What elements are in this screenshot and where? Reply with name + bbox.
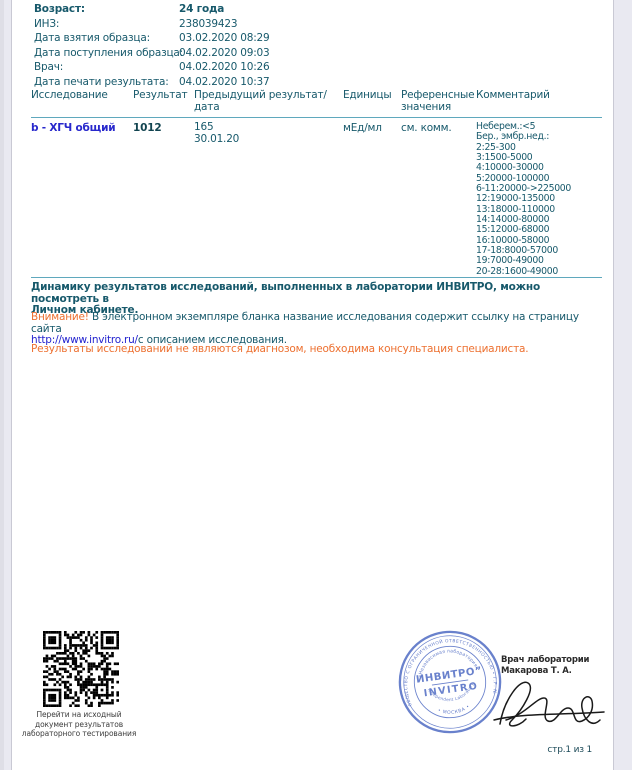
previous-result-date: 30.01.20 (194, 134, 343, 146)
header-row-print-date: Дата печати результата:04.02.2020 10:37 (34, 75, 270, 90)
header-row-inz: ИНЗ:238039423 (34, 17, 270, 32)
col-header-reference: Референсные значения (401, 90, 476, 113)
table-header-row: Исследование Результат Предыдущий резуль… (31, 90, 602, 118)
attention-notice: Внимание! В электронном экземпляре бланк… (31, 312, 607, 347)
svg-text:ОБЩЕСТВО С ОГРАНИЧЕННОЙ ОТВЕТС: ОБЩЕСТВО С ОГРАНИЧЕННОЙ ОТВЕТСТВЕННОСТЬЮ… (397, 631, 500, 707)
report-header: Возраст:24 года ИНЗ:238039423 Дата взяти… (34, 2, 270, 89)
inz-value: 238039423 (179, 18, 237, 30)
results-table: Исследование Результат Предыдущий резуль… (31, 90, 602, 278)
attention-text: В электронном экземпляре бланка название… (31, 311, 579, 335)
window-edge (0, 0, 4, 770)
doctor-signature (490, 668, 608, 742)
header-row-age: Возраст:24 года (34, 2, 270, 17)
page-number: стр.1 из 1 (492, 745, 592, 755)
list-line: лабораторного тестирования (12, 729, 146, 739)
print-date-label: Дата печати результата: (34, 75, 179, 90)
stamp-outer-circle (397, 629, 503, 735)
print-date-value: 04.02.2020 10:37 (179, 76, 270, 88)
reference-value: см. комм. (401, 122, 476, 277)
table-row: b - ХГЧ общий 1012 165 30.01.20 мЕд/мл с… (31, 118, 602, 278)
list-line: Перейти на исходный (12, 710, 146, 720)
header-row-doctor: Врач:04.02.2020 10:26 (34, 60, 270, 75)
previous-result-value: 165 (194, 122, 343, 134)
sample-received-label: Дата поступления образца: (34, 46, 179, 61)
doctor-value: 04.02.2020 10:26 (179, 61, 270, 73)
col-header-result: Результат (133, 90, 194, 113)
doctor-label: Врач: (34, 60, 179, 75)
attention-line-1: Внимание! В электронном экземпляре бланк… (31, 312, 607, 335)
stamp-outer-ring-text: ОБЩЕСТВО С ОГРАНИЧЕННОЙ ОТВЕТСТВЕННОСТЬЮ… (397, 631, 500, 707)
qr-code (43, 631, 119, 707)
dynamics-line-1: Динамику результатов исследований, выпол… (31, 282, 607, 305)
qr-caption: Перейти на исходныйдокумент результатовл… (12, 710, 146, 739)
age-value: 24 года (179, 3, 224, 15)
age-label: Возраст: (34, 2, 179, 17)
list-line: документ результатов (12, 720, 146, 730)
header-row-sample-received: Дата поступления образца:04.02.2020 09:0… (34, 46, 270, 61)
col-header-units: Единицы (343, 90, 401, 113)
sample-taken-label: Дата взятия образца: (34, 31, 179, 46)
lab-report-page: Возраст:24 года ИНЗ:238039423 Дата взяти… (11, 0, 614, 770)
stamp-city-text: • МОСКВА • (436, 704, 472, 718)
col-header-test: Исследование (31, 90, 133, 113)
comment-cell: Неберем.:<5Бер., эмбр.нед.:2:25-3003:150… (476, 122, 602, 277)
test-name-link[interactable]: b - ХГЧ общий (31, 122, 115, 134)
doctor-title: Врач лаборатории (501, 655, 589, 666)
units-value: мЕд/мл (343, 122, 401, 277)
sample-received-value: 04.02.2020 09:03 (179, 47, 270, 59)
stamp-mid-circle (398, 630, 502, 734)
inz-label: ИНЗ: (34, 17, 179, 32)
previous-result-cell: 165 30.01.20 (194, 122, 343, 277)
sample-taken-value: 03.02.2020 08:29 (179, 32, 270, 44)
col-header-previous: Предыдущий результат/дата (194, 90, 343, 113)
invitro-stamp: ОБЩЕСТВО С ОГРАНИЧЕННОЙ ОТВЕТСТВЕННОСТЬЮ… (397, 629, 503, 735)
col-header-comment: Комментарий (476, 90, 602, 113)
attention-label: Внимание! (31, 311, 89, 323)
header-row-sample-taken: Дата взятия образца:03.02.2020 08:29 (34, 31, 270, 46)
result-value: 1012 (133, 122, 194, 277)
svg-text:• МОСКВА •: • МОСКВА • (436, 704, 472, 718)
disclaimer-notice: Результаты исследований не являются диаг… (31, 344, 607, 356)
list-line: 20-28:1600-49000 (476, 267, 602, 277)
